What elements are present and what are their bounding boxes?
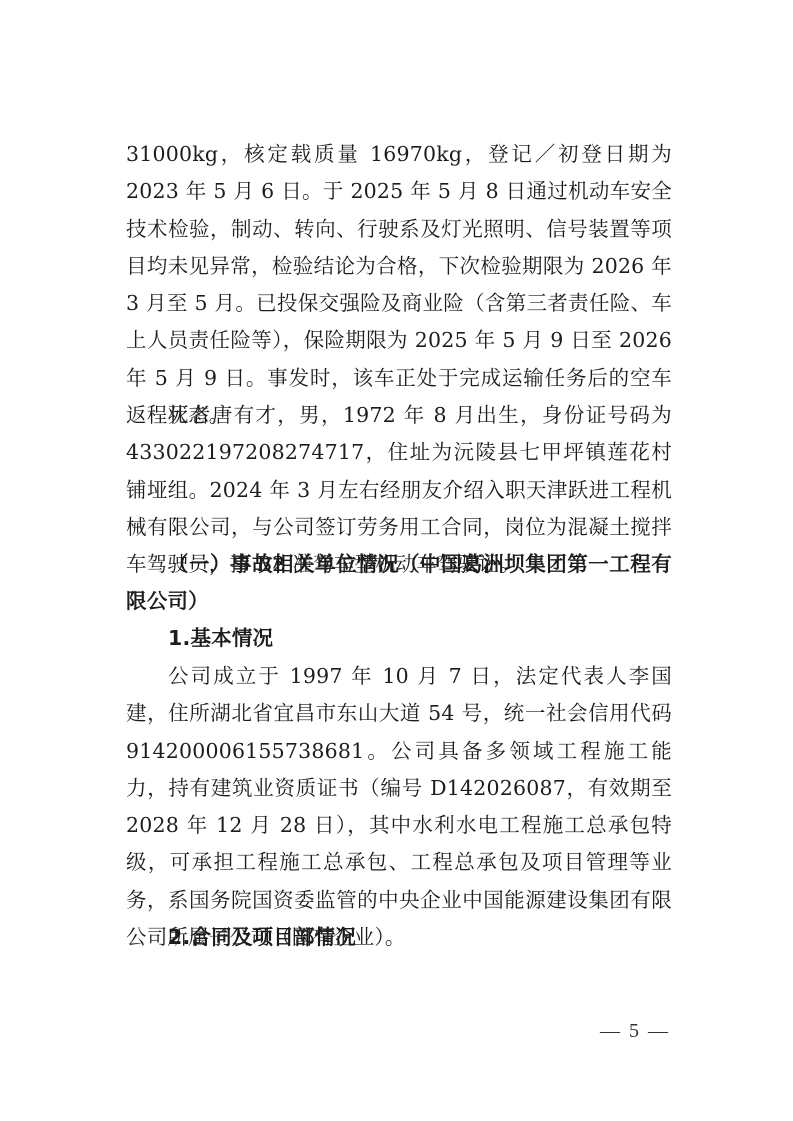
subheading-contract: 2.合同及项目部情况 — [126, 919, 672, 956]
paragraph-vehicle-info: 31000kg，核定载质量 16970kg，登记／初登日期为 2023 年 5 … — [126, 136, 672, 434]
page-number: — 5 — — [600, 1020, 670, 1043]
section-heading: （一）事故相关单位情况（中国葛洲坝集团第一工程有限公司） — [126, 546, 672, 621]
document-page: 31000kg，核定载质量 16970kg，登记／初登日期为 2023 年 5 … — [0, 0, 793, 1121]
subheading-basic-info: 1.基本情况 — [126, 620, 672, 657]
paragraph-company-info: 公司成立于 1997 年 10 月 7 日，法定代表人李国建，住所湖北省宜昌市东… — [126, 658, 672, 956]
